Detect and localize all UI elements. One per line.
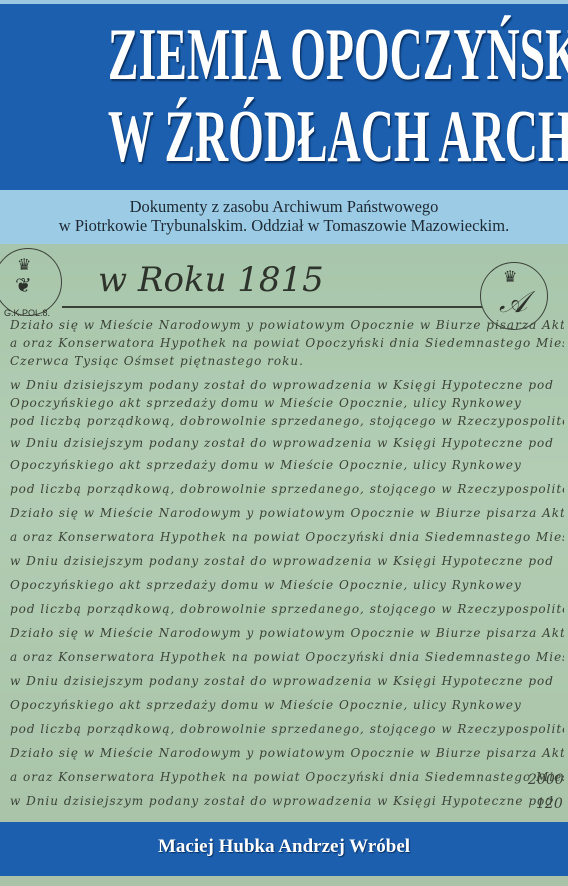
handwritten-line: Działo się w Mieście Narodowym y powiato… <box>10 318 564 334</box>
handwritten-line: w Dniu dzisiejszym podany został do wpro… <box>10 794 564 810</box>
handwritten-line: Opoczyńskiego akt sprzedaży domu w Mieśc… <box>10 458 564 474</box>
crown-icon: ♛ <box>503 267 517 286</box>
crown-icon: ♛ <box>17 255 31 274</box>
handwritten-line: w Dniu dzisiejszym podany został do wpro… <box>10 554 564 570</box>
handwritten-line: Czerwca Tysiąc Ośmset piętnastego roku. <box>10 354 564 370</box>
handwritten-line: Opoczyńskiego akt sprzedaży domu w Mieśc… <box>10 396 564 412</box>
crowned-eagle-seal-icon: ♛ ❦ <box>0 248 62 316</box>
historical-document-image: ♛ ❦ G.K.POL.8. w Roku 1815 ♛ 𝒜 Działo si… <box>0 244 568 822</box>
subtitle-line-2: w Piotrkowie Trybunalskim. Oddział w Tom… <box>0 216 568 236</box>
amount-value: 120 <box>536 796 563 812</box>
book-cover: ZIEMIA OPOCZYŃSKA W ŹRÓDŁACH ARCHIWALNYC… <box>0 0 568 886</box>
handwritten-line: w Dniu dzisiejszym podany został do wpro… <box>10 436 564 452</box>
handwritten-line: a oraz Konserwatora Hypothek na powiat O… <box>10 650 564 666</box>
amount-value: 2000 <box>528 772 564 788</box>
handwritten-line: a oraz Konserwatora Hypothek na powiat O… <box>10 530 564 546</box>
title-line-2: W ŹRÓDŁACH ARCHIWALNYCH <box>108 100 460 174</box>
handwritten-line: Działo się w Mieście Narodowym y powiato… <box>10 746 564 762</box>
monogram-icon: 𝒜 <box>499 285 527 320</box>
handwritten-line: Opoczyńskiego akt sprzedaży domu w Mieśc… <box>10 698 564 714</box>
subtitle-line-1: Dokumenty z zasobu Archiwum Państwowego <box>0 197 568 217</box>
heading-underline <box>62 306 482 308</box>
handwritten-line: w Dniu dzisiejszym podany został do wpro… <box>10 378 564 394</box>
handwritten-line: pod liczbą porządkową, dobrowolnie sprze… <box>10 414 564 430</box>
handwritten-line: w Dniu dzisiejszym podany został do wpro… <box>10 674 564 690</box>
handwritten-line: a oraz Konserwatora Hypothek na powiat O… <box>10 770 564 786</box>
handwritten-line: Działo się w Mieście Narodowym y powiato… <box>10 626 564 642</box>
title-line-1: ZIEMIA OPOCZYŃSKA <box>108 18 460 92</box>
eagle-icon: ❦ <box>15 273 32 297</box>
handwritten-line: a oraz Konserwatora Hypothek na powiat O… <box>10 336 564 352</box>
handwritten-line: pod liczbą porządkową, dobrowolnie sprze… <box>10 482 564 498</box>
handwritten-line: pod liczbą porządkową, dobrowolnie sprze… <box>10 722 564 738</box>
handwritten-line: pod liczbą porządkową, dobrowolnie sprze… <box>10 602 564 618</box>
document-heading: w Roku 1815 <box>98 260 324 300</box>
seal-left-label: G.K.POL.8. <box>4 308 50 318</box>
authors: Maciej Hubka Andrzej Wróbel <box>0 836 568 858</box>
handwritten-line: Opoczyńskiego akt sprzedaży domu w Mieśc… <box>10 578 564 594</box>
bottom-edge-strip <box>0 876 568 886</box>
handwritten-line: Działo się w Mieście Narodowym y powiato… <box>10 506 564 522</box>
